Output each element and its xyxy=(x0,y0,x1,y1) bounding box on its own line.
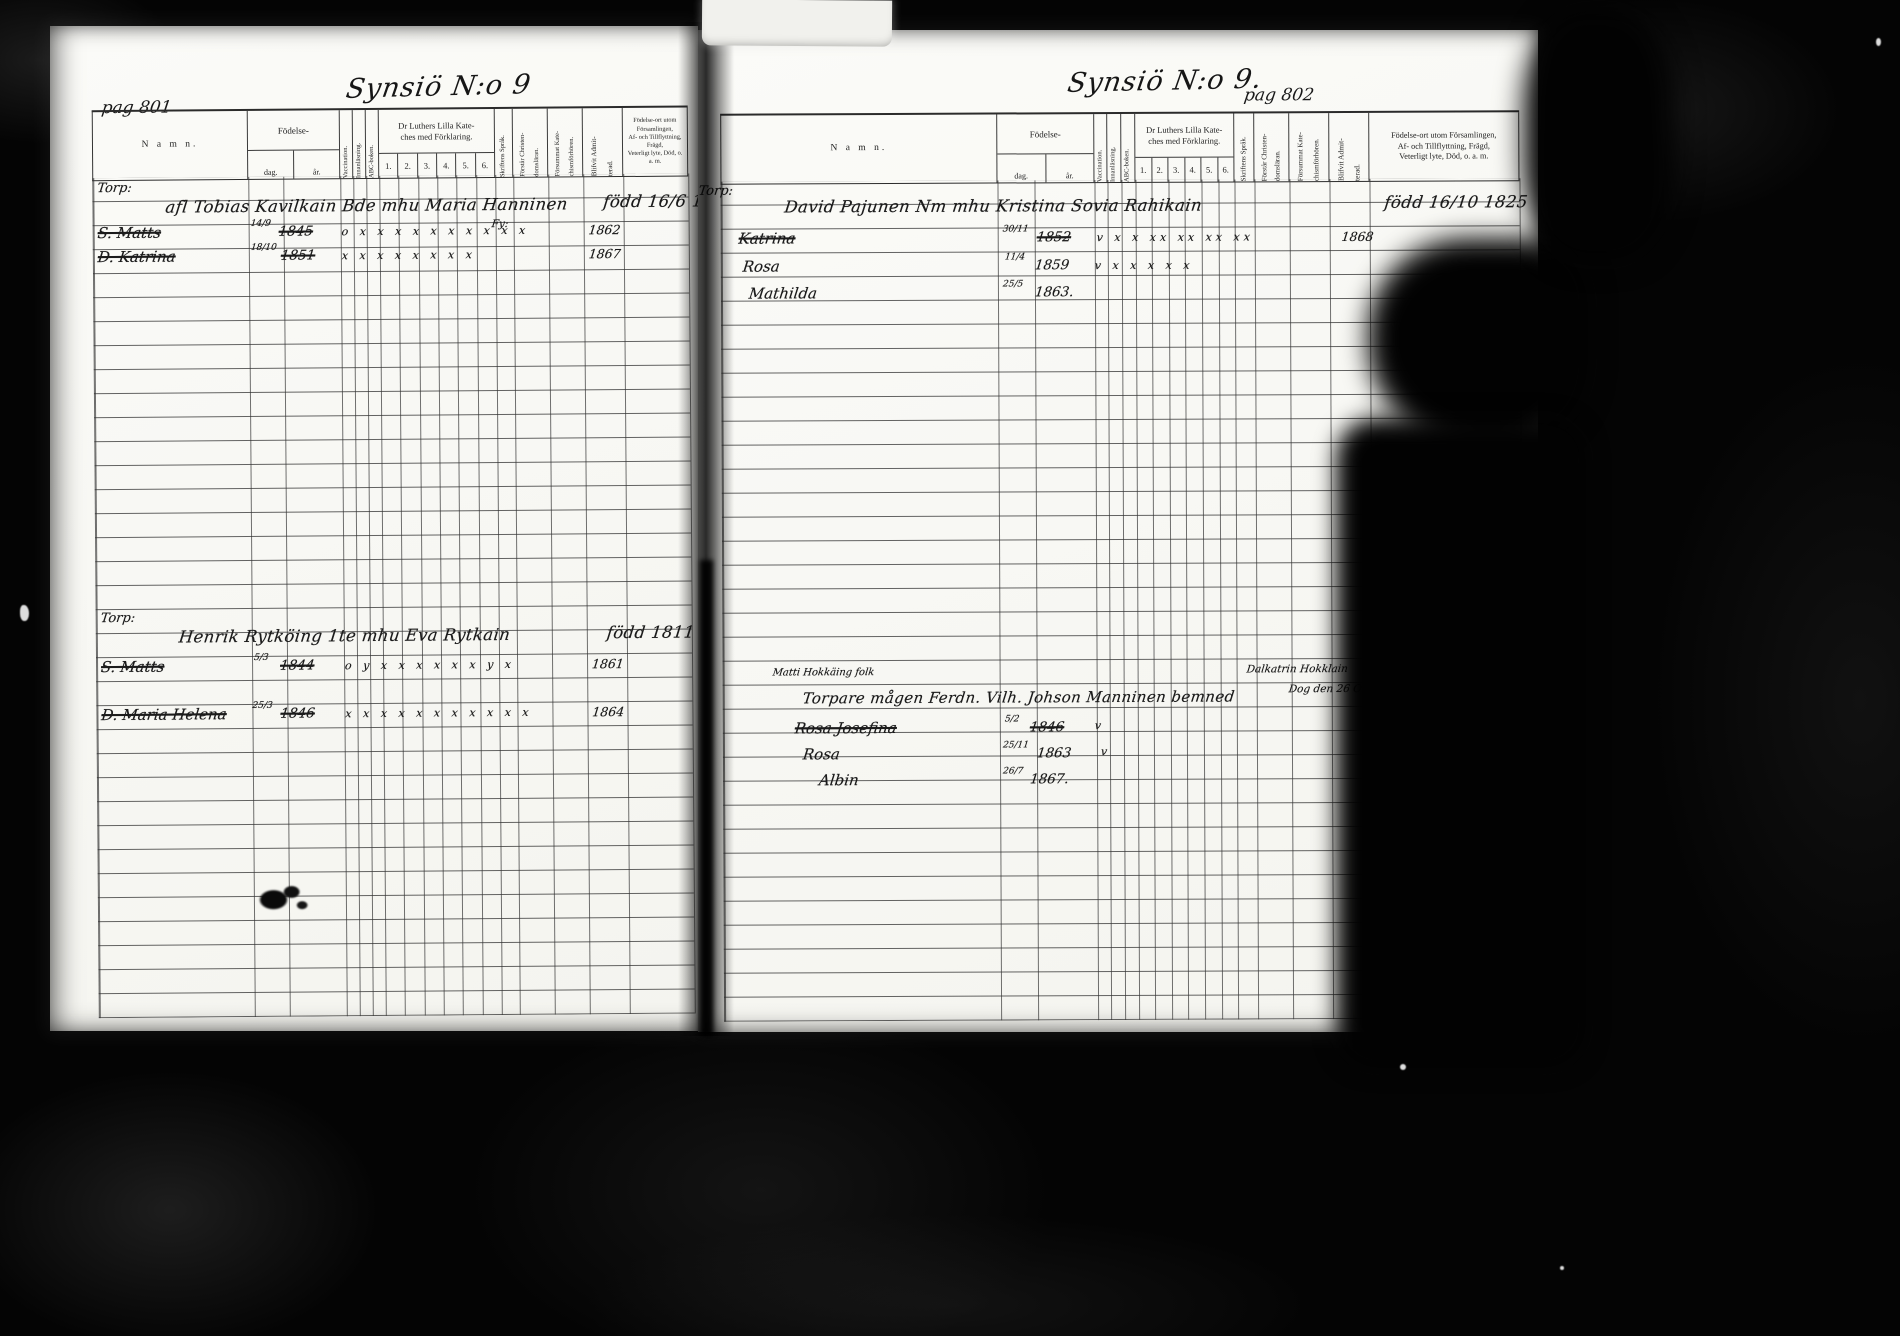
handwritten-entry: 1862 xyxy=(588,222,622,237)
handwritten-entry: D. Maria Helena xyxy=(100,705,227,724)
handwritten-entry: o y x x x x x x y x xyxy=(344,658,515,672)
handwritten-entry: 14/9 xyxy=(250,219,271,229)
handwritten-entry: Mathilda xyxy=(748,284,818,302)
handwritten-entry: 11/4 xyxy=(1004,252,1025,262)
handwritten-entry: 1863. xyxy=(1034,284,1075,300)
scanned-register-spread: pag 801 Synsiö N:o 9 N a m n. Födelse- d… xyxy=(0,0,1900,1336)
handwritten-entry: 1846 xyxy=(280,705,316,721)
handwritten-entry: x x x x x x x x xyxy=(341,248,477,262)
handwritten-entry: 1852 xyxy=(1036,229,1072,245)
scan-dark-blob xyxy=(1336,418,1586,1068)
handwritten-entry: Matti Hokkäing folk xyxy=(772,667,875,678)
handwritten-entry: S. Matts xyxy=(100,658,165,677)
paper-tab xyxy=(702,0,892,47)
handwritten-entry: Torpare mågen Ferdn. Vilh. Johson Mannin… xyxy=(802,687,1236,707)
handwritten-entry: 1844 xyxy=(279,657,315,673)
handwritten-entry: Henrik Rytköing 1te mhu Eva Rytkain xyxy=(178,625,512,647)
handwritten-entry: 1867 xyxy=(588,246,622,261)
handwritten-entry: 5/3 xyxy=(253,653,269,663)
handwritten-entry: v x x x x x xyxy=(1094,259,1194,272)
handwritten-entry: Dalkatrin Hokklain xyxy=(1246,663,1349,675)
handwritten-entry: Katrina xyxy=(738,229,797,247)
left-page: pag 801 Synsiö N:o 9 N a m n. Födelse- d… xyxy=(50,26,698,1031)
handwritten-entry: 26/7 xyxy=(1002,766,1023,776)
handwritten-entry: Torp: xyxy=(96,181,132,196)
handwritten-entry: 1867. xyxy=(1029,771,1070,787)
handwritten-entry: 25/11 xyxy=(1002,740,1029,750)
scan-dark-blob xyxy=(1368,238,1588,448)
handwritten-entry: 18/10 xyxy=(250,243,277,253)
scan-speck xyxy=(1560,1266,1564,1270)
handwritten-entry: 1863 xyxy=(1036,745,1072,761)
scan-speck xyxy=(20,605,29,621)
handwritten-entry: afl Tobias Kavilkain Bde mhu Maria Hanni… xyxy=(164,194,569,216)
handwritten-entry: v xyxy=(1100,745,1112,758)
scan-speck xyxy=(1876,38,1881,46)
handwritten-entry: 1846 xyxy=(1029,719,1065,735)
entries-left: Torp:afl Tobias Kavilkain Bde mhu Maria … xyxy=(46,23,702,1033)
handwritten-entry: 1861 xyxy=(591,656,625,671)
handwritten-entry: Albin xyxy=(818,771,860,789)
scan-speck xyxy=(1400,1064,1406,1070)
handwritten-entry: 1868 xyxy=(1341,229,1375,244)
scan-dark-blob xyxy=(1524,10,1674,260)
handwritten-entry: Rosa xyxy=(802,745,841,763)
handwritten-entry: Rosa Josefina xyxy=(794,719,898,737)
ink-blotch xyxy=(258,879,310,917)
handwritten-entry: Torp: xyxy=(100,611,136,626)
left-page-sheet: pag 801 Synsiö N:o 9 N a m n. Födelse- d… xyxy=(46,23,702,1033)
handwritten-entry: född 16/10 1825 xyxy=(1383,192,1528,212)
handwritten-entry: v x x xx xx xx xx xyxy=(1096,230,1255,244)
handwritten-entry: D. Katrina xyxy=(97,248,177,267)
handwritten-entry: S. Matts xyxy=(97,224,162,243)
handwritten-entry: 1859 xyxy=(1034,257,1070,273)
handwritten-entry: 30/11 xyxy=(1002,224,1029,234)
handwritten-entry: 1845 xyxy=(278,223,314,239)
handwritten-entry: 1864 xyxy=(592,704,626,719)
handwritten-entry: David Pajunen Nm mhu Kristina Sovia Rahi… xyxy=(783,196,1203,217)
handwritten-entry: 5/2 xyxy=(1004,714,1020,724)
handwritten-entry: v xyxy=(1094,719,1106,732)
handwritten-entry: 1851 xyxy=(280,247,316,263)
handwritten-entry: 25/5 xyxy=(1002,279,1023,289)
handwritten-entry: Fy: xyxy=(491,218,509,230)
handwritten-entry: x x x x x x x x x x x xyxy=(345,706,534,720)
handwritten-entry: 25/3 xyxy=(252,701,273,711)
handwritten-entry: Rosa xyxy=(742,257,781,275)
binding-gutter-shadow xyxy=(700,560,713,1036)
